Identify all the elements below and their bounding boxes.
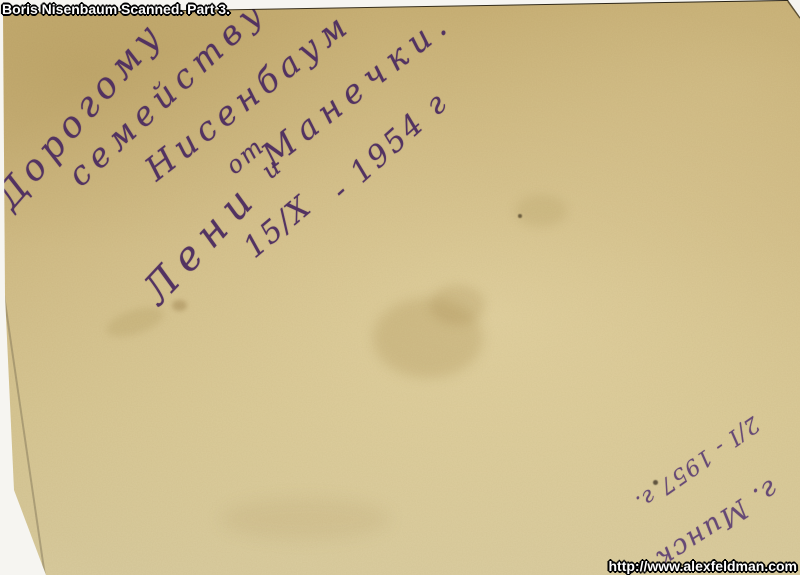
stain	[220, 498, 390, 540]
paper-left-edge-shadow	[4, 295, 46, 575]
ink-speck	[518, 214, 522, 218]
stain	[373, 298, 483, 378]
paper-corner-edge-shadow	[787, 0, 800, 18]
stain	[430, 285, 485, 325]
watermark-caption: Boris Nisenbaum Scanned. Part 3.	[2, 1, 230, 17]
stain	[515, 195, 567, 227]
photo-paper: Дорогому семейству Нисенбаум от и Манечк…	[0, 0, 800, 575]
stain	[103, 301, 167, 342]
scanned-photo-back: Дорогому семейству Нисенбаум от и Манечк…	[0, 0, 800, 575]
watermark-url: http://www.alexfeldman.com	[608, 558, 797, 574]
